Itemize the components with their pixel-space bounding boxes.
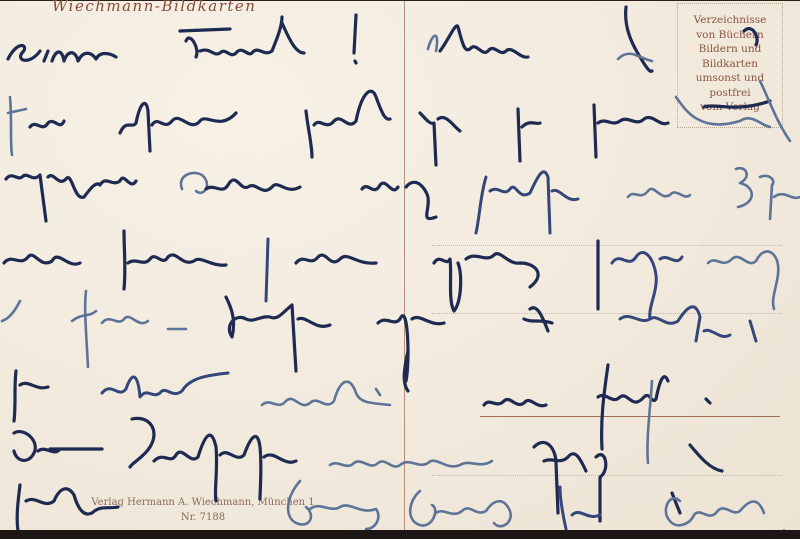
handwritten-line: Rest ist — [430, 451, 434, 452]
handwritten-signature: Gruß Dein Karl. — [300, 506, 308, 507]
handwritten-line: sein-dorst — [8, 321, 13, 322]
handwritten-greeting: Lieber Freund! — [8, 41, 16, 42]
handwritten-line: wie früher. — [430, 391, 436, 392]
handwritten-line: gezeigte Bücher aber — [8, 181, 19, 182]
handwritten-line: so sende — [430, 111, 434, 112]
handwritten-line: sonst mit 3 — [430, 181, 436, 182]
handwritten-line: ganz sicher muss — [430, 251, 439, 252]
handwritten-line: allerdinge — [8, 391, 13, 392]
handwritten-line: gut es gut — [430, 321, 435, 322]
handwritten-line: Wenn Du — [430, 41, 435, 42]
handwritten-line: Dichtkunst meiner — [8, 451, 17, 452]
handwritten-line: Kr. Kant. | nur — [8, 251, 15, 252]
scan-edge — [0, 530, 800, 539]
handwriting — [0, 1, 800, 531]
postcard: Wiechmann-Bildkarten Verzeichnisse von B… — [0, 0, 800, 531]
handwritten-line: für richtig findest so — [8, 111, 18, 112]
